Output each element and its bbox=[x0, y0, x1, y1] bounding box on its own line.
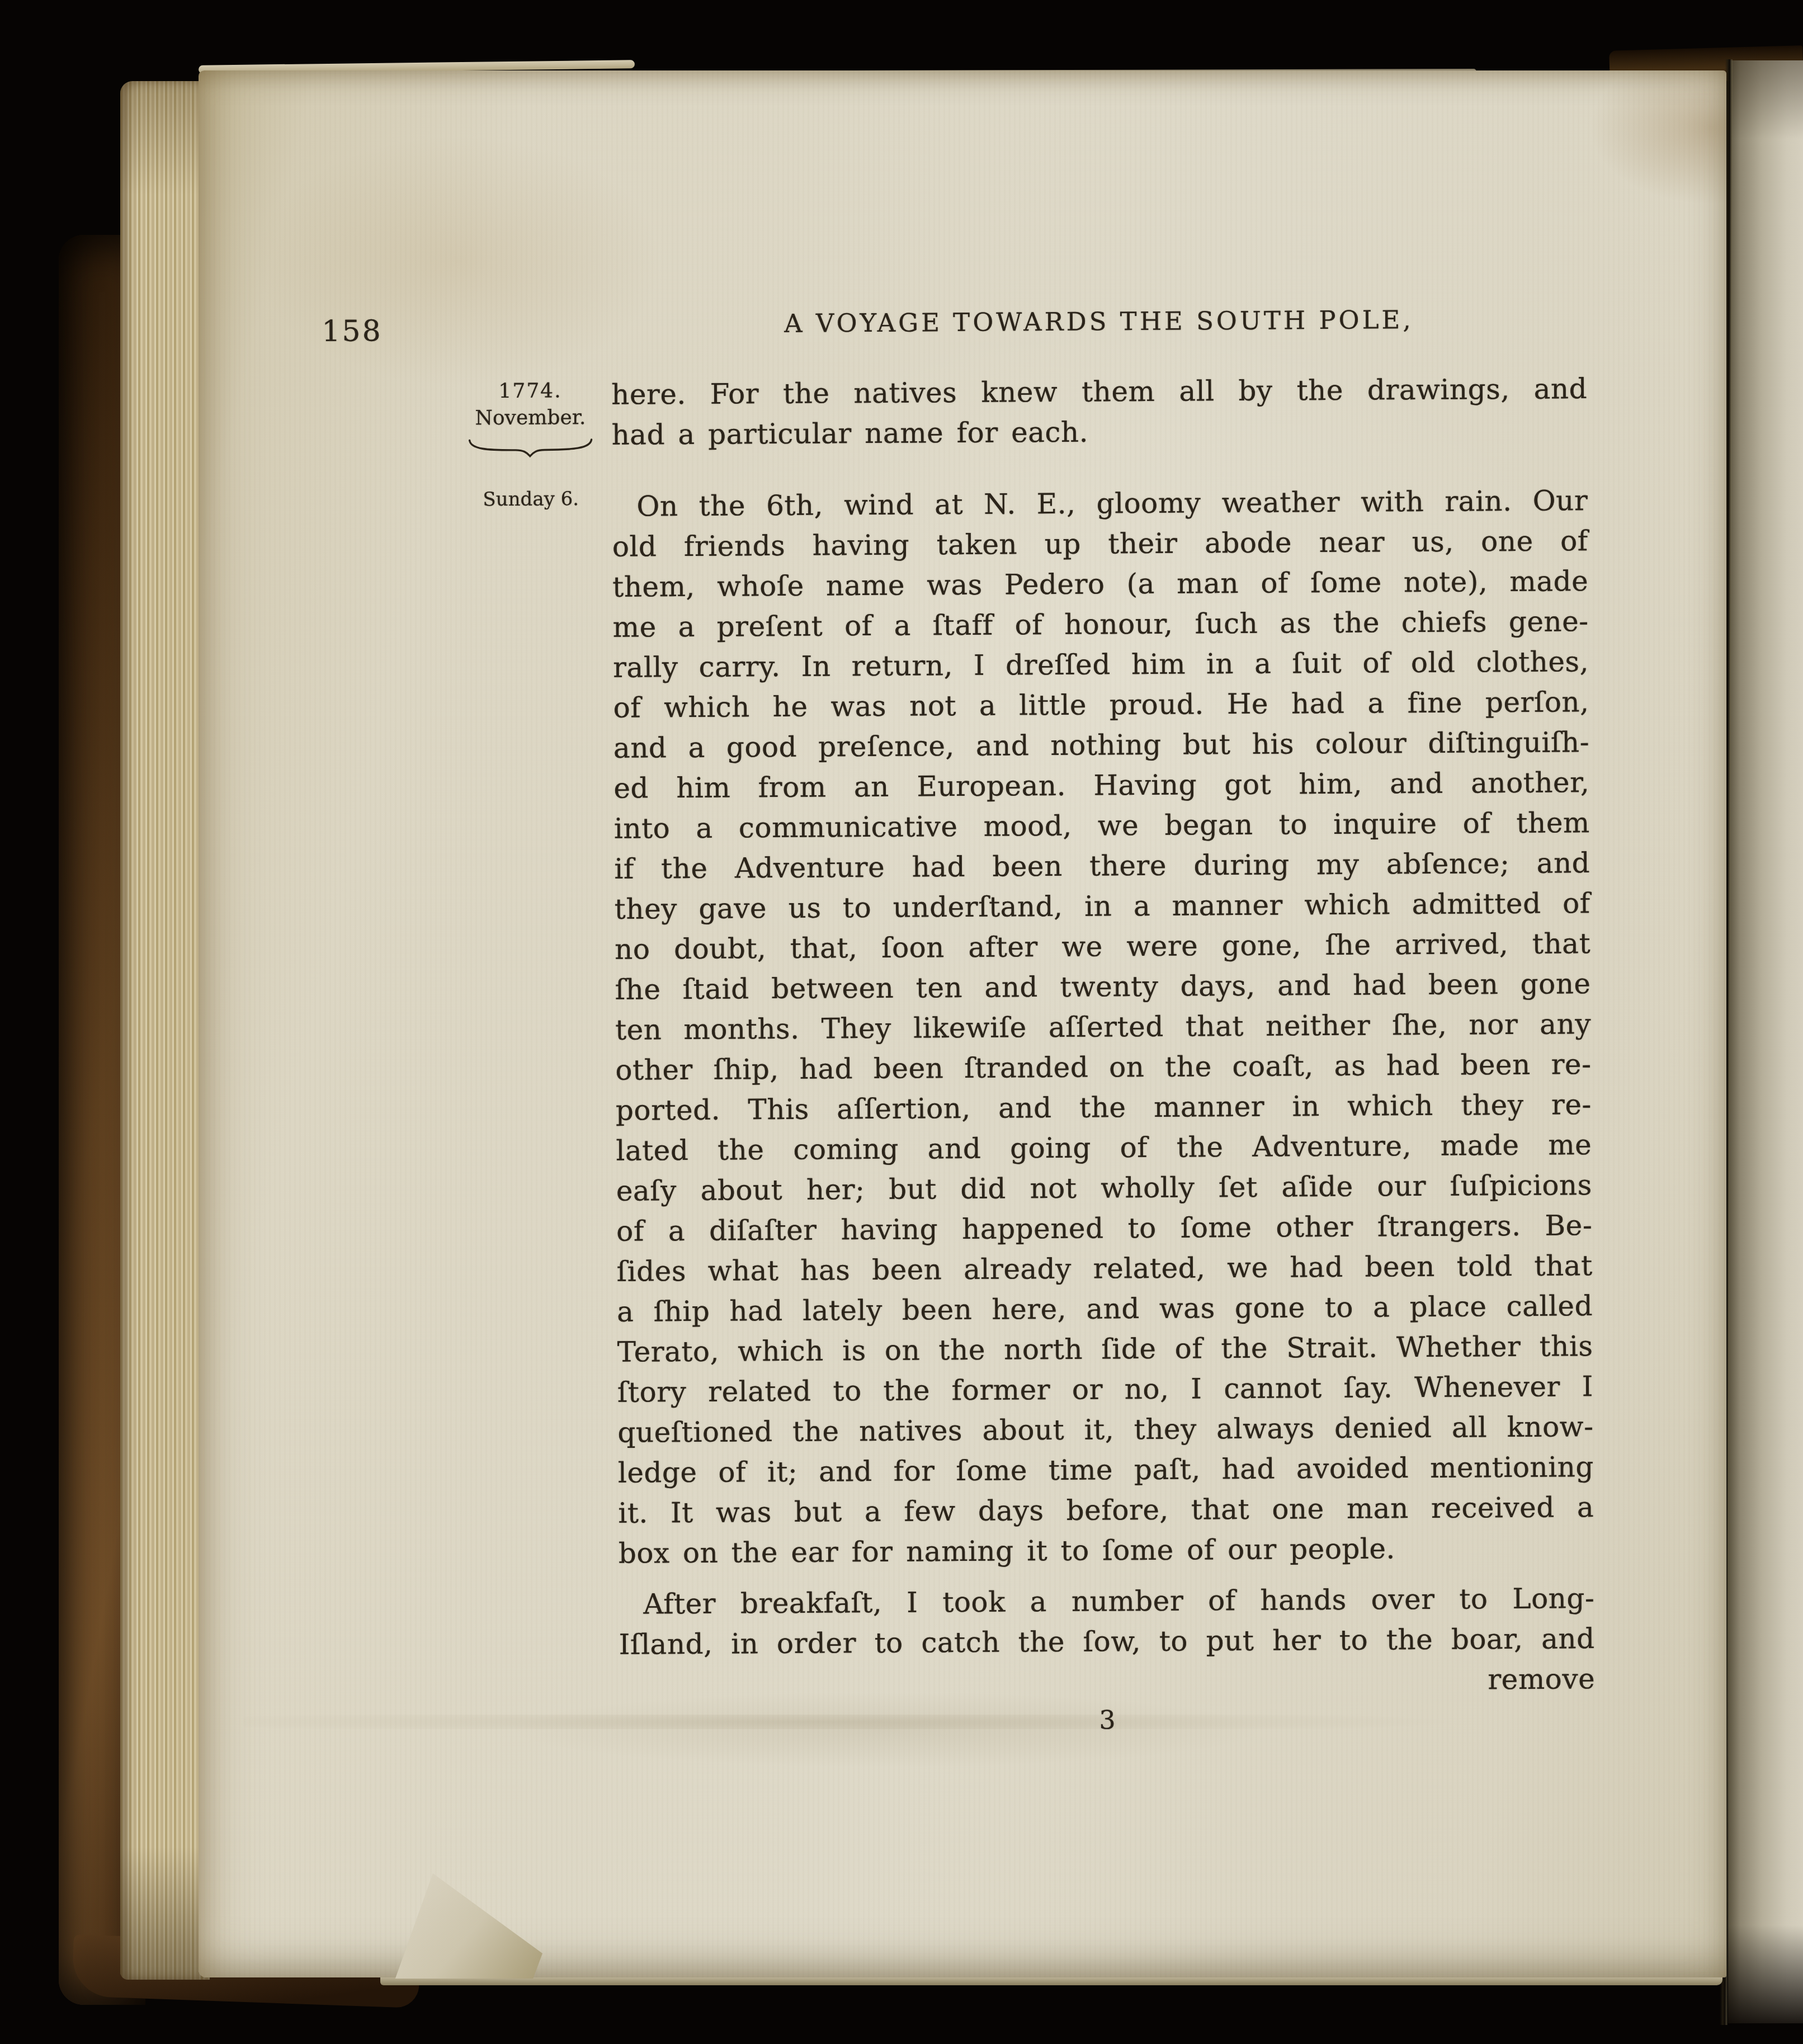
body-line: of which he was not a little proud. He h… bbox=[613, 682, 1589, 728]
signature-mark: 3 bbox=[619, 1702, 1595, 1738]
running-head-title: A VOYAGE TOWARDS THE SOUTH POLE, bbox=[611, 304, 1587, 339]
margin-note-year: 1774. bbox=[449, 379, 611, 403]
printed-text-layer: 158 A VOYAGE TOWARDS THE SOUTH POLE, 177… bbox=[193, 66, 1733, 1982]
body-line: them, whoſe name was Pedero (a man of ſo… bbox=[612, 561, 1588, 607]
paragraph-2: On the 6th, wind at N. E., gloomy weathe… bbox=[612, 480, 1594, 1574]
paragraph-3: After breakfaſt, I took a number of hand… bbox=[619, 1578, 1595, 1705]
body-line: into a communicative mood, we began to i… bbox=[614, 803, 1590, 849]
body-line: of a diſaſter having happened to ſome ot… bbox=[616, 1205, 1592, 1252]
body-line: a ſhip had lately been here, and was gon… bbox=[617, 1286, 1593, 1332]
body-line: After breakfaſt, I took a number of hand… bbox=[619, 1578, 1594, 1625]
body-line: ſides what has been already related, we … bbox=[616, 1245, 1592, 1292]
body-line: eaſy about her; but did not wholly ſet a… bbox=[616, 1165, 1592, 1211]
body-line: other ſhip, had been ſtranded on the coa… bbox=[615, 1044, 1591, 1091]
body-line: Terato, which is on the north ſide of th… bbox=[617, 1326, 1593, 1372]
body-line: queſtioned the natives about it, they al… bbox=[617, 1406, 1593, 1453]
body-line: ten months. They likewiſe aſſerted that … bbox=[615, 1004, 1591, 1050]
facing-page-sliver bbox=[1728, 60, 1803, 2023]
body-line: it. It was but a few days before, that o… bbox=[618, 1487, 1594, 1533]
body-line: ſtory related to the former or no, I can… bbox=[617, 1366, 1593, 1413]
body-line: me a preſent of a ſtaff of honour, ſuch … bbox=[612, 601, 1588, 648]
body-line: box on the ear for naming it to ſome of … bbox=[619, 1527, 1594, 1574]
body-line: they gave us to underſtand, in a manner … bbox=[615, 883, 1590, 929]
margin-note-day: Sunday 6. bbox=[450, 488, 612, 511]
body-line: ſhe ſtaid between ten and twenty days, a… bbox=[615, 964, 1590, 1010]
body-line: On the 6th, wind at N. E., gloomy weathe… bbox=[612, 480, 1588, 527]
book-page: 158 A VOYAGE TOWARDS THE SOUTH POLE, 177… bbox=[199, 70, 1726, 1977]
body-line: ledge of it; and for ſome time paſt, had… bbox=[618, 1447, 1594, 1493]
margin-note-month: November. bbox=[449, 406, 611, 430]
body-line: had a particular name for each. bbox=[611, 409, 1587, 455]
body-line: Iſland, in order to catch the ſow, to pu… bbox=[619, 1618, 1595, 1665]
book-photo-scene: 158 A VOYAGE TOWARDS THE SOUTH POLE, 177… bbox=[0, 0, 1803, 2044]
body-line: no doubt, that, ſoon after we were gone,… bbox=[615, 923, 1590, 970]
body-line: rally carry. In return, I dreſſed him in… bbox=[613, 641, 1589, 688]
body-line: here. For the natives knew them all by t… bbox=[611, 369, 1587, 415]
page-number: 158 bbox=[322, 314, 383, 348]
body-line: old friends having taken up their abode … bbox=[612, 521, 1588, 567]
body-line: ported. This aſſertion, and the manner i… bbox=[616, 1084, 1592, 1131]
body-line: and a good preſence, and nothing but his… bbox=[613, 722, 1589, 768]
paragraph-1: here. For the natives knew them all by t… bbox=[611, 369, 1588, 455]
margin-notes-column: 1774. November. Sunday 6. bbox=[447, 73, 610, 74]
catchword: remove bbox=[619, 1659, 1595, 1705]
month-brace-ornament bbox=[466, 437, 595, 463]
body-line: if the Adventure had been there during m… bbox=[614, 843, 1590, 889]
body-line: lated the coming and going of the Advent… bbox=[616, 1125, 1592, 1171]
body-line: ed him from an European. Having got him,… bbox=[613, 762, 1589, 809]
